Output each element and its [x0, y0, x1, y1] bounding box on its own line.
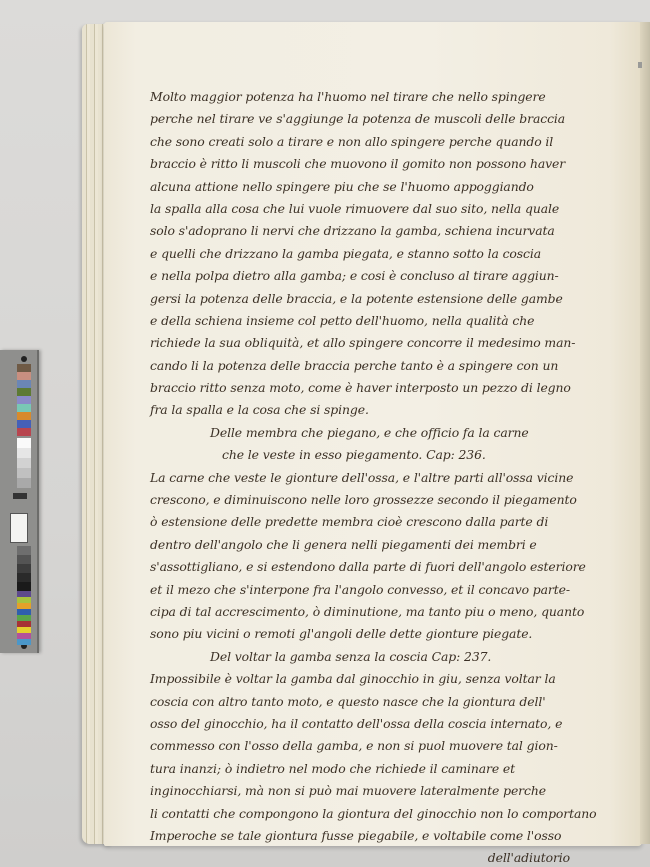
color-swatch: [17, 388, 31, 396]
manuscript-text: Molto maggior potenza ha l'huomo nel tir…: [150, 86, 590, 867]
text-line: osso del ginocchio, ha il contatto dell'…: [150, 713, 590, 735]
color-swatch: [17, 468, 31, 478]
chapter-heading: che le veste in esso piegamento. Cap: 23…: [150, 444, 590, 466]
color-swatch: [17, 404, 31, 412]
text-line: la spalla alla cosa che lui vuole rimuov…: [150, 198, 590, 220]
text-line: fra la spalla e la cosa che si spinge.: [150, 399, 590, 421]
color-swatch: [17, 448, 31, 458]
text-line: Imperoche se tale giontura fusse piegabi…: [150, 825, 590, 847]
text-line: li contatti che compongono la giontura d…: [150, 803, 590, 825]
text-line: et il mezo che s'interpone fra l'angolo …: [150, 579, 590, 601]
checker-hole-icon: [21, 356, 27, 362]
text-line: solo s'adoprano li nervi che drizzano la…: [150, 220, 590, 242]
color-swatch: [17, 478, 31, 488]
color-swatch: [17, 639, 31, 645]
text-line: alcuna attione nello spingere piu che se…: [150, 176, 590, 198]
text-line: tura inanzi; ò indietro nel modo che ric…: [150, 758, 590, 780]
color-swatch: [17, 458, 31, 468]
checker-dark-block: [13, 493, 27, 499]
color-swatch: [17, 364, 31, 372]
text-line: braccio ritto senza moto, come è haver i…: [150, 377, 590, 399]
color-checker-strip: [0, 350, 39, 653]
text-line: sono piu vicini o remoti gl'angoli delle…: [150, 623, 590, 645]
text-line: coscia con altro tanto moto, e questo na…: [150, 691, 590, 713]
edge-mark: [638, 62, 642, 68]
text-line: s'assottigliano, e si estendono dalla pa…: [150, 556, 590, 578]
color-swatch: [17, 420, 31, 428]
text-line: e nella polpa dietro alla gamba; e cosi …: [150, 265, 590, 287]
color-swatch: [17, 555, 31, 564]
text-line: braccio è ritto li muscoli che muovono i…: [150, 153, 590, 175]
text-line: e della schiena insieme col petto dell'h…: [150, 310, 590, 332]
text-line: richiede la sua obliquità, et allo sping…: [150, 332, 590, 354]
page-right-edge: [640, 22, 650, 844]
text-line: La carne che veste le gionture dell'ossa…: [150, 467, 590, 489]
chapter-heading: Del voltar la gamba senza la coscia Cap:…: [150, 646, 590, 668]
text-line: cipa di tal accrescimento, ò diminutione…: [150, 601, 590, 623]
catchword: dell'adiutorio: [150, 847, 590, 867]
checker-label: [10, 513, 28, 543]
chapter-heading: Delle membra che piegano, e che officio …: [150, 422, 590, 444]
text-line: cando li la potenza delle braccia perche…: [150, 355, 590, 377]
text-line: perche nel tirare ve s'aggiunge la poten…: [150, 108, 590, 130]
color-swatch: [17, 428, 31, 436]
color-swatch: [17, 396, 31, 404]
text-line: crescono, e diminuiscono nelle loro gros…: [150, 489, 590, 511]
color-swatch: [17, 582, 31, 591]
text-line: che sono creati solo a tirare e non allo…: [150, 131, 590, 153]
text-line: gersi la potenza delle braccia, e la pot…: [150, 288, 590, 310]
color-swatch: [17, 380, 31, 388]
text-line: e quelli che drizzano la gamba piegata, …: [150, 243, 590, 265]
text-line: commesso con l'osso della gamba, e non s…: [150, 735, 590, 757]
text-line: dentro dell'angolo che li genera nelli p…: [150, 534, 590, 556]
color-swatch: [17, 546, 31, 555]
color-swatch: [17, 573, 31, 582]
color-swatch: [17, 412, 31, 420]
text-line: Molto maggior potenza ha l'huomo nel tir…: [150, 86, 590, 108]
text-line: Impossibile è voltar la gamba dal ginocc…: [150, 668, 590, 690]
color-swatch: [17, 564, 31, 573]
color-swatch: [17, 372, 31, 380]
text-line: ò estensione delle predette membra cioè …: [150, 511, 590, 533]
color-swatch: [17, 438, 31, 448]
text-line: inginocchiarsi, mà non si può mai muover…: [150, 780, 590, 802]
